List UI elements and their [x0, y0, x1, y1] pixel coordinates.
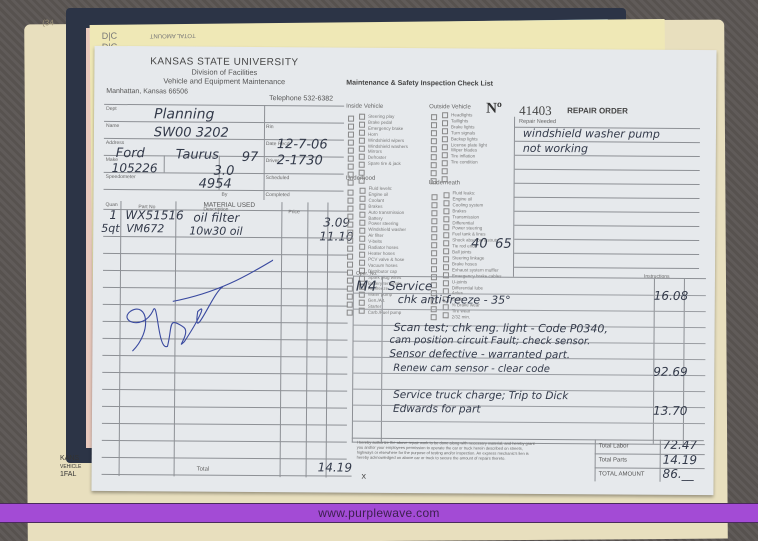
- inside-ok-checkboxes[interactable]: [348, 116, 354, 188]
- brake-wear-front: 40: [471, 236, 488, 251]
- form-header: KANSAS STATE UNIVERSITY Division of Faci…: [114, 56, 334, 87]
- speedometer-value: 105226: [112, 161, 158, 175]
- total-labor-label: Total Labor: [599, 443, 629, 449]
- scheduled-label: Scheduled: [266, 175, 290, 181]
- inside-vehicle-label: Inside Vehicle: [346, 104, 383, 110]
- outside-needs-checkboxes[interactable]: [442, 112, 448, 184]
- completed-label: Completed: [266, 192, 290, 198]
- dept-label: Dept: [106, 106, 117, 112]
- instruction-amount: 16.08: [654, 289, 688, 303]
- make-value: Ford: [116, 146, 145, 161]
- yellow-total-amount: TOTAL AMOUNT: [150, 32, 196, 38]
- address-value: SW00 3202: [154, 125, 229, 141]
- telephone: Telephone 532-6382: [269, 95, 333, 102]
- instructions-label: Instructions: [644, 274, 670, 280]
- dept-value: Planning: [154, 106, 214, 122]
- oper-no-value: M4: [356, 279, 377, 295]
- year-value: 97: [242, 150, 259, 165]
- outside-vehicle-items: HeadlightsTaillightsBrake lightsTurn sig…: [451, 112, 487, 165]
- oper-no-label: Oper. No.: [356, 271, 377, 277]
- brake-wear-rear: 65: [495, 237, 512, 252]
- instruction-line: Service: [388, 279, 432, 293]
- col-price: Price: [288, 209, 299, 215]
- no-symbol: Nº: [486, 101, 502, 118]
- instruction-amount: 92.69: [653, 365, 687, 379]
- inspection-checklist: Maintenance & Safety Inspection Check Li…: [346, 80, 526, 89]
- side-sheet-label: KANS VEHICLE 1FAL: [60, 455, 81, 479]
- watermark-text: www.purplewave.com: [318, 506, 439, 520]
- instruction-amount: 13.70: [653, 404, 687, 418]
- phone-value: 2-1730: [277, 153, 323, 168]
- repair-needed-line-2: not working: [523, 142, 588, 155]
- watermark-banner: www.purplewave.com: [0, 503, 758, 523]
- instruction-line: Sensor defective - warranted part.: [389, 348, 570, 361]
- materials-total-value: 14.19: [318, 460, 352, 474]
- instruction-line: Service truck charge; Trip to Dick: [393, 389, 568, 402]
- name-label: Name: [106, 123, 119, 129]
- underhood-ok-checkboxes[interactable]: [347, 190, 353, 318]
- signature-x: x: [362, 471, 367, 481]
- by-label: By: [222, 192, 228, 198]
- date-value: 12-7-06: [277, 137, 328, 152]
- outside-vehicle-label: Outside Vehicle: [429, 104, 471, 110]
- instruction-line: Edwards for part: [393, 403, 481, 416]
- repair-needed-line-1: windshield washer pump: [523, 127, 660, 141]
- signature: [112, 251, 273, 372]
- authorization-text: I hereby authorize the above repair work…: [357, 440, 537, 461]
- repair-order-label: REPAIR ORDER: [567, 106, 628, 115]
- repair-needed-box: Repair Needed windshield washer pump not…: [513, 117, 700, 278]
- instruction-line: Scan test; chk eng. light - Code P0340,: [394, 321, 608, 335]
- instruction-line: chk anti-freeze - 35°: [398, 293, 511, 307]
- instruction-line: Renew cam sensor - clear code: [393, 363, 550, 375]
- total-amount-label: TOTAL AMOUNT: [599, 471, 645, 477]
- inside-vehicle-items: Steering playBrake pedalEmergency brakeH…: [368, 114, 408, 167]
- university-address: Manhattan, Kansas 66506: [106, 88, 188, 96]
- checklist-title: Maintenance & Safety Inspection Check Li…: [346, 80, 526, 89]
- outside-ok-checkboxes[interactable]: [431, 114, 437, 186]
- repair-needed-label: Repair Needed: [519, 119, 556, 125]
- folder-tab-label: (34: [42, 18, 54, 27]
- model-value: Taurus: [176, 147, 219, 162]
- repair-order-form: KANSAS STATE UNIVERSITY Division of Faci…: [91, 46, 716, 495]
- total-parts-label: Total Parts: [599, 457, 627, 463]
- instruction-line: cam position circuit Fault; check sensor…: [389, 335, 590, 347]
- instructions-section: Oper. No. Instructions M4 Service chk an…: [352, 276, 706, 445]
- materials-total-label: Total: [197, 467, 210, 473]
- rin-label: Rin: [266, 124, 274, 130]
- department-name: Vehicle and Equipment Maintenance: [114, 76, 334, 87]
- inside-needs-checkboxes[interactable]: [359, 114, 365, 186]
- license-value: 4954: [199, 177, 232, 192]
